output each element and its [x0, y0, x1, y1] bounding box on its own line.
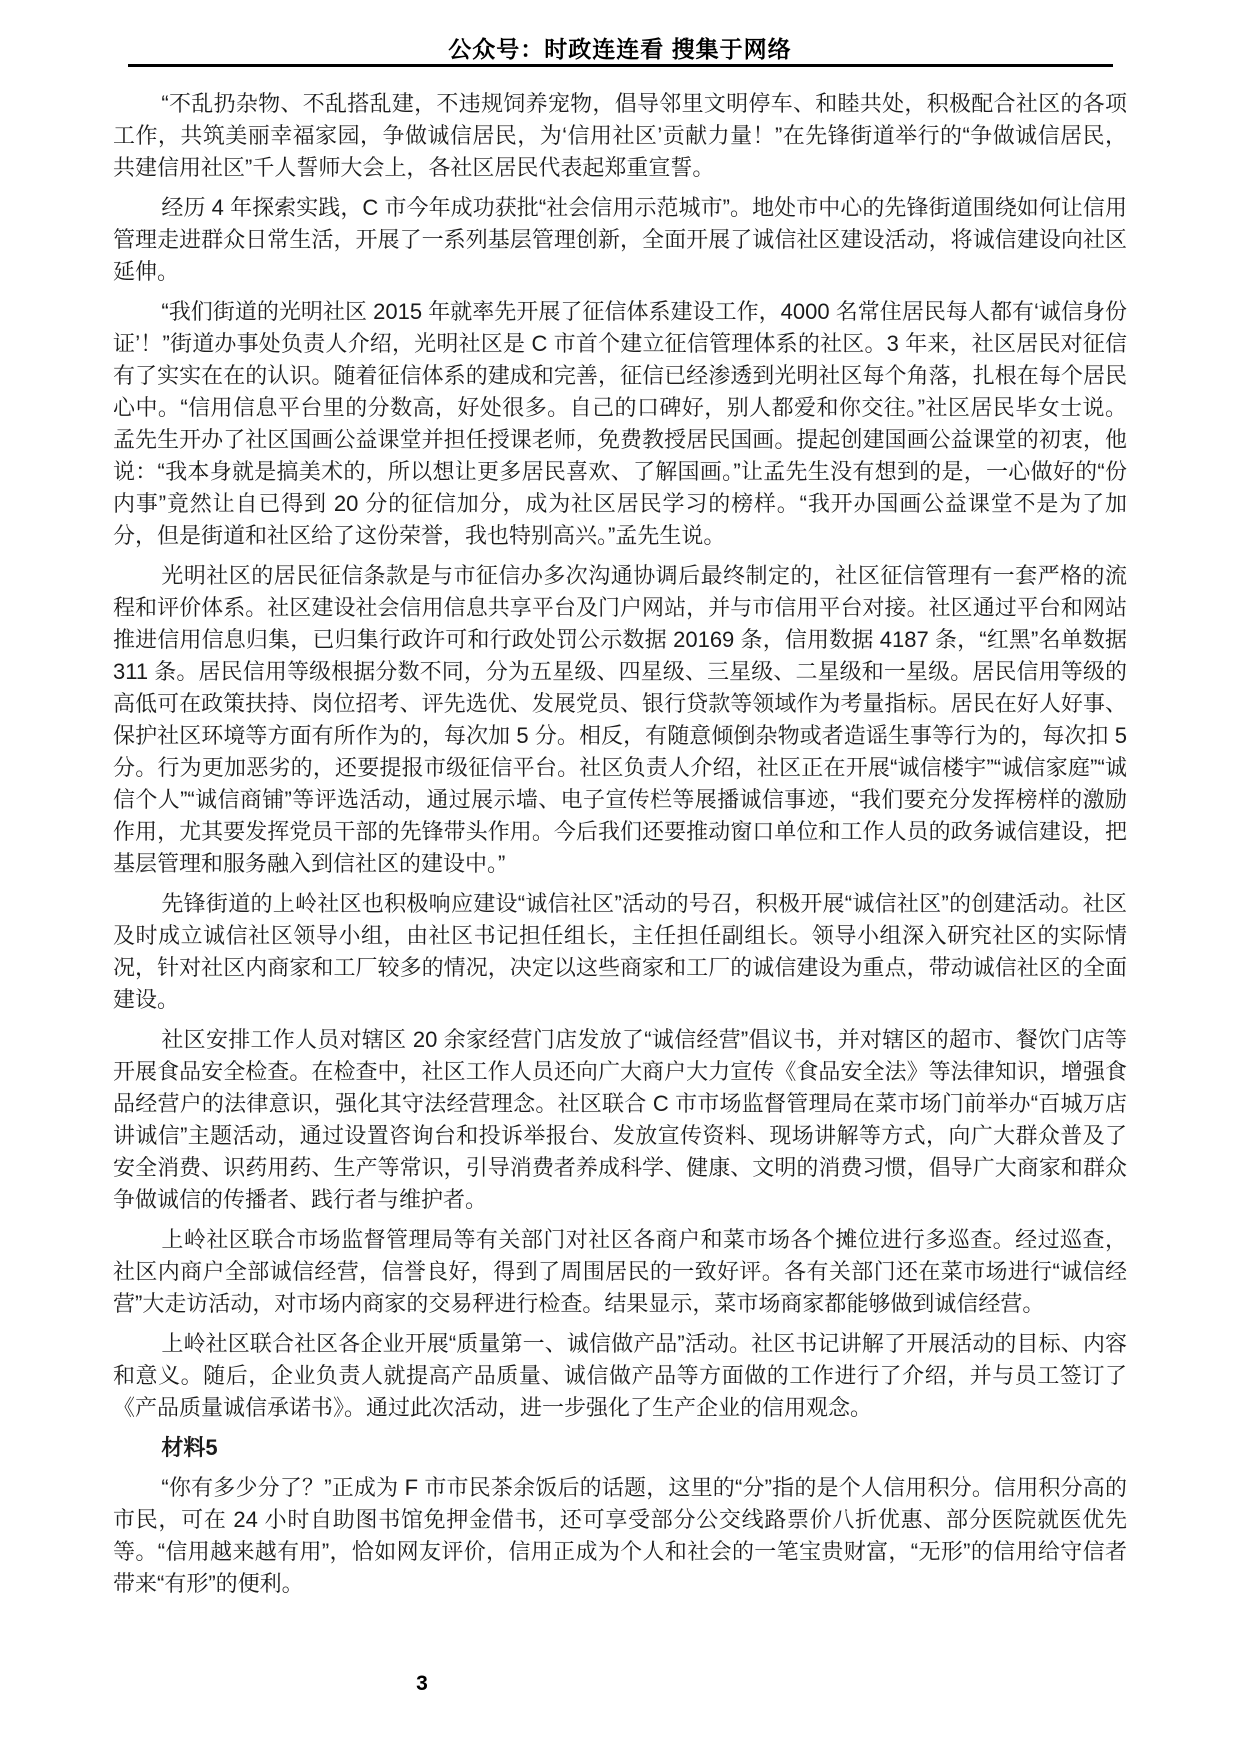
document-page: 公众号：时政连连看 搜集于网络 “不乱扔杂物、不乱搭乱建，不违规饲养宠物，倡导邻…	[0, 0, 1240, 1754]
paragraph-market-inspection: 上岭社区联合市场监督管理局等有关部门对社区各商户和菜市场各个摊位进行多巡查。经过…	[113, 1224, 1127, 1320]
page-header-title: 公众号：时政连连看 搜集于网络	[0, 31, 1240, 64]
paragraph-personal-credit-score: “你有多少分了？”正成为 F 市市民茶余饭后的话题，这里的“分”指的是个人信用积…	[113, 1472, 1127, 1600]
paragraph-pledge: “不乱扔杂物、不乱搭乱建，不违规饲养宠物，倡导邻里文明停车、和睦共处，积极配合社…	[113, 88, 1127, 184]
paragraph-guangming-credit-id: “我们街道的光明社区 2015 年就率先开展了征信体系建设工作，4000 名常住…	[113, 296, 1127, 552]
paragraph-quality-first-activity: 上岭社区联合社区各企业开展“质量第一、诚信做产品”活动。社区书记讲解了开展活动的…	[113, 1328, 1127, 1424]
header-divider-rule	[128, 64, 1113, 67]
paragraph-city-credit-pilot: 经历 4 年探索实践，C 市今年成功获批“社会信用示范城市”。地处市中心的先锋街…	[113, 192, 1127, 288]
page-number: 3	[400, 1672, 444, 1696]
paragraph-credit-rating-system: 光明社区的居民征信条款是与市征信办多次沟通协调后最终制定的，社区征信管理有一套严…	[113, 560, 1127, 880]
paragraph-honest-business-campaign: 社区安排工作人员对辖区 20 余家经营门店发放了“诚信经营”倡议书，并对辖区的超…	[113, 1024, 1127, 1216]
section-heading-material-5: 材料5	[113, 1432, 1127, 1464]
paragraph-shangling-leading-group: 先锋街道的上岭社区也积极响应建设“诚信社区”活动的号召，积极开展“诚信社区”的创…	[113, 888, 1127, 1016]
document-body: “不乱扔杂物、不乱搭乱建，不违规饲养宠物，倡导邻里文明停车、和睦共处，积极配合社…	[113, 88, 1127, 1608]
